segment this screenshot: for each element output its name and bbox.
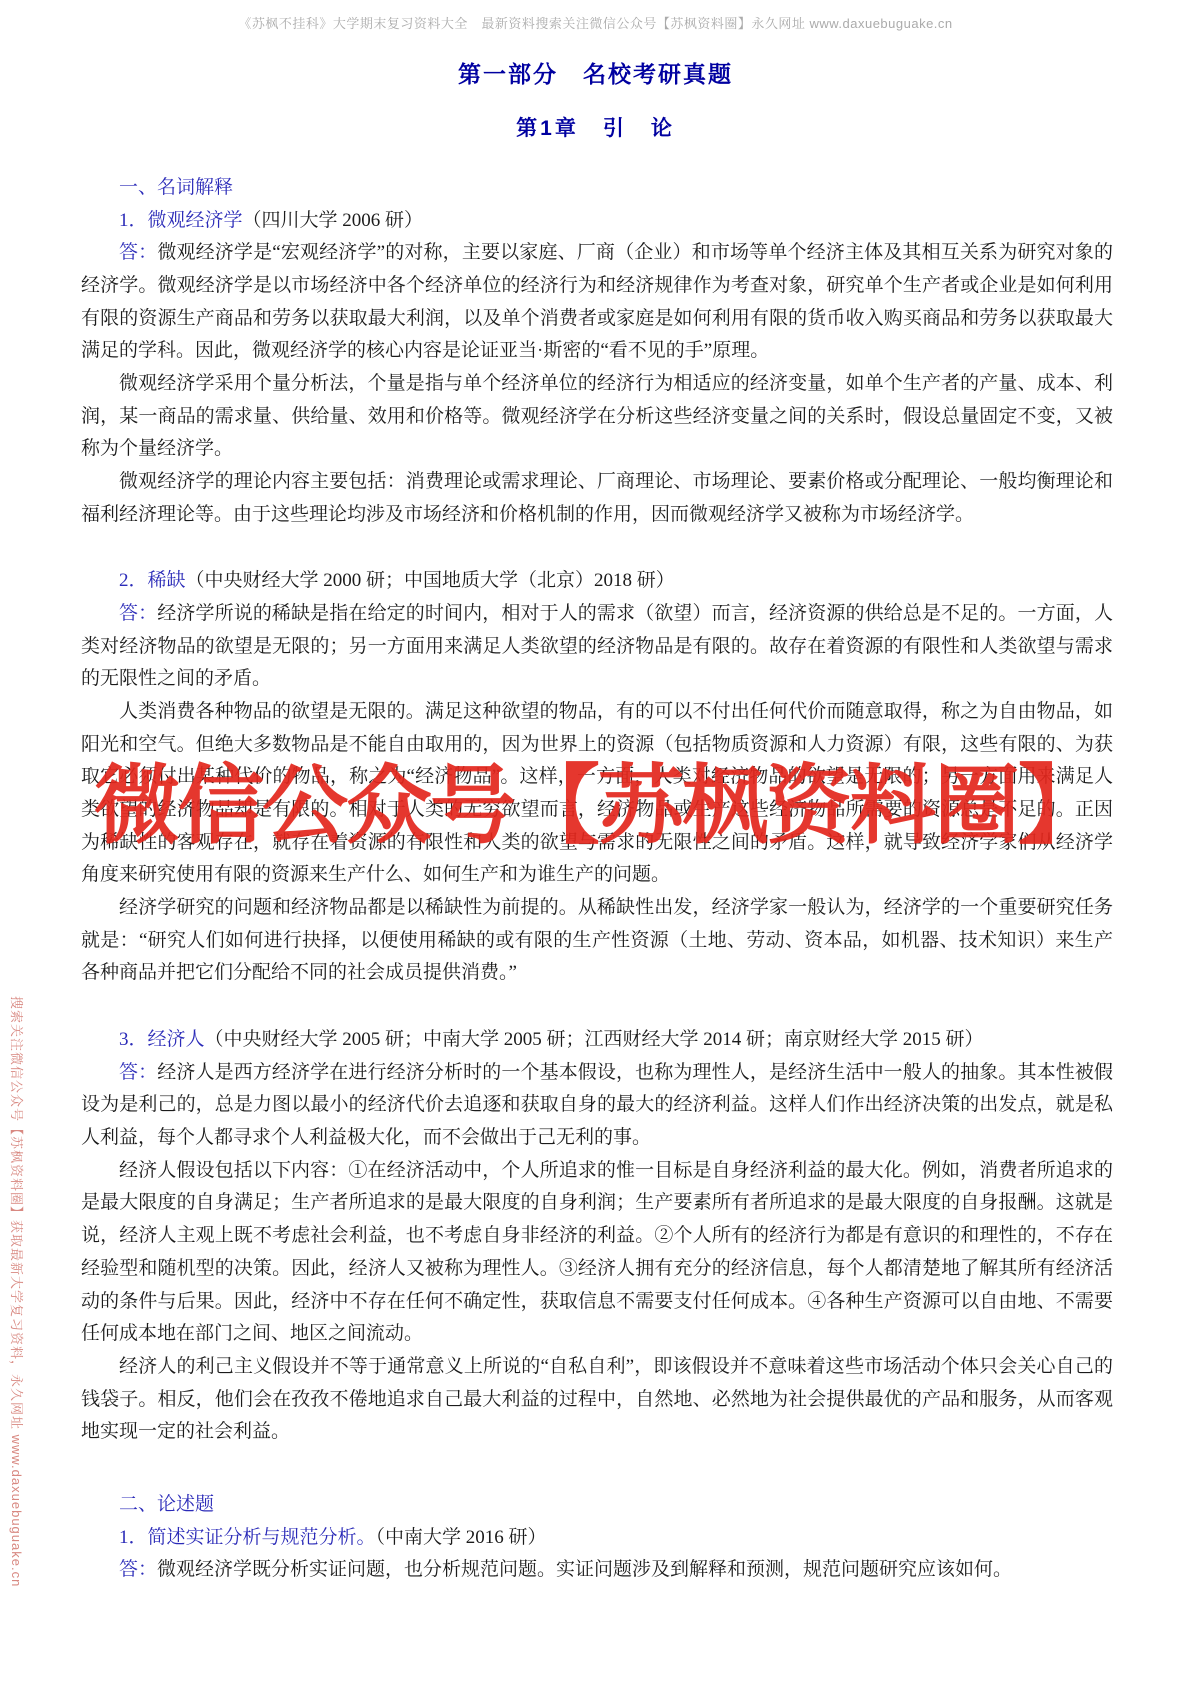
document-body: 一、名词解释 1．微观经济学（四川大学 2006 研） 答：微观经济学是“宏观经… [81,172,1113,1587]
question-title: 3．经济人（中央财经大学 2005 研；中南大学 2005 研；江西财经大学 2… [81,1024,1113,1057]
body-paragraph: 微观经济学的理论内容主要包括：消费理论或需求理论、厂商理论、市场理论、要素价格或… [81,466,1113,531]
question-block-1: 1．微观经济学（四川大学 2006 研） 答：微观经济学是“宏观经济学”的对称，… [81,205,1113,532]
body-paragraph: 人类消费各种物品的欲望是无限的。满足这种欲望的物品，有的可以不付出任何代价而随意… [81,696,1113,892]
body-paragraph: 微观经济学采用个量分析法，个量是指与单个经济单位的经济行为相适应的经济变量，如单… [81,368,1113,466]
question-number-title: 2．稀缺 [119,570,186,591]
answer-paragraph: 答：微观经济学既分析实证问题，也分析规范问题。实证问题涉及到解释和预测，规范问题… [81,1554,1113,1587]
question-title: 2．稀缺（中央财经大学 2000 研；中国地质大学（北京）2018 研） [81,565,1113,598]
section-heading-definitions: 一、名词解释 [81,172,1113,205]
answer-paragraph: 答：经济人是西方经济学在进行经济分析时的一个基本假设，也称为理性人，是经济生活中… [81,1057,1113,1155]
section-heading-essay: 二、论述题 [81,1489,1113,1522]
question-number-title: 1．微观经济学 [119,210,243,231]
answer-label: 答： [119,242,157,263]
question-source: （中央财经大学 2005 研；中南大学 2005 研；江西财经大学 2014 研… [205,1029,984,1050]
answer-text: 微观经济学是“宏观经济学”的对称，主要以家庭、厂商（企业）和市场等单个经济主体及… [81,242,1113,361]
answer-text: 经济人是西方经济学在进行经济分析时的一个基本假设，也称为理性人，是经济生活中一般… [81,1062,1113,1148]
answer-paragraph: 答：微观经济学是“宏观经济学”的对称，主要以家庭、厂商（企业）和市场等单个经济主… [81,237,1113,368]
question-source: （四川大学 2006 研） [243,210,424,231]
body-paragraph: 经济学研究的问题和经济物品都是以稀缺性为前提的。从稀缺性出发，经济学家一般认为，… [81,892,1113,990]
body-paragraph: 经济人假设包括以下内容：①在经济活动中，个人所追求的惟一目标是自身经济利益的最大… [81,1155,1113,1351]
question-number-title: 1．简述实证分析与规范分析。 [119,1527,376,1548]
document-page: 《苏枫不挂科》大学期末复习资料大全 最新资料搜索关注微信公众号【苏枫资料圈】永久… [0,0,1191,1684]
question-source: （中央财经大学 2000 研；中国地质大学（北京）2018 研） [186,570,675,591]
question-block-2: 2．稀缺（中央财经大学 2000 研；中国地质大学（北京）2018 研） 答：经… [81,565,1113,990]
question-source: （中南大学 2016 研） [376,1527,547,1548]
answer-text: 经济学所说的稀缺是指在给定的时间内，相对于人的需求（欲望）而言，经济资源的供给总… [81,603,1113,689]
question-block-3: 3．经济人（中央财经大学 2005 研；中南大学 2005 研；江西财经大学 2… [81,1024,1113,1449]
question-block-essay-1: 1．简述实证分析与规范分析。（中南大学 2016 研） 答：微观经济学既分析实证… [81,1522,1113,1587]
header-watermark-text: 《苏枫不挂科》大学期末复习资料大全 最新资料搜索关注微信公众号【苏枫资料圈】永久… [0,13,1191,32]
chapter-title: 第1章 引 论 [0,112,1191,142]
question-title: 1．简述实证分析与规范分析。（中南大学 2016 研） [81,1522,1113,1555]
question-number-title: 3．经济人 [119,1029,205,1050]
body-paragraph: 经济人的利己主义假设并不等于通常意义上所说的“自私自利”，即该假设并不意味着这些… [81,1351,1113,1449]
left-vertical-watermark: 搜索关注微信公众号【苏枫资料圈】获取最新大学复习资料，永久网址 www.daxu… [8,996,27,1587]
answer-text: 微观经济学既分析实证问题，也分析规范问题。实证问题涉及到解释和预测，规范问题研究… [157,1559,1012,1580]
question-title: 1．微观经济学（四川大学 2006 研） [81,205,1113,238]
answer-label: 答： [119,1062,157,1083]
answer-label: 答： [119,1559,157,1580]
part-title: 第一部分 名校考研真题 [0,56,1191,89]
answer-label: 答： [119,603,157,624]
answer-paragraph: 答：经济学所说的稀缺是指在给定的时间内，相对于人的需求（欲望）而言，经济资源的供… [81,598,1113,696]
